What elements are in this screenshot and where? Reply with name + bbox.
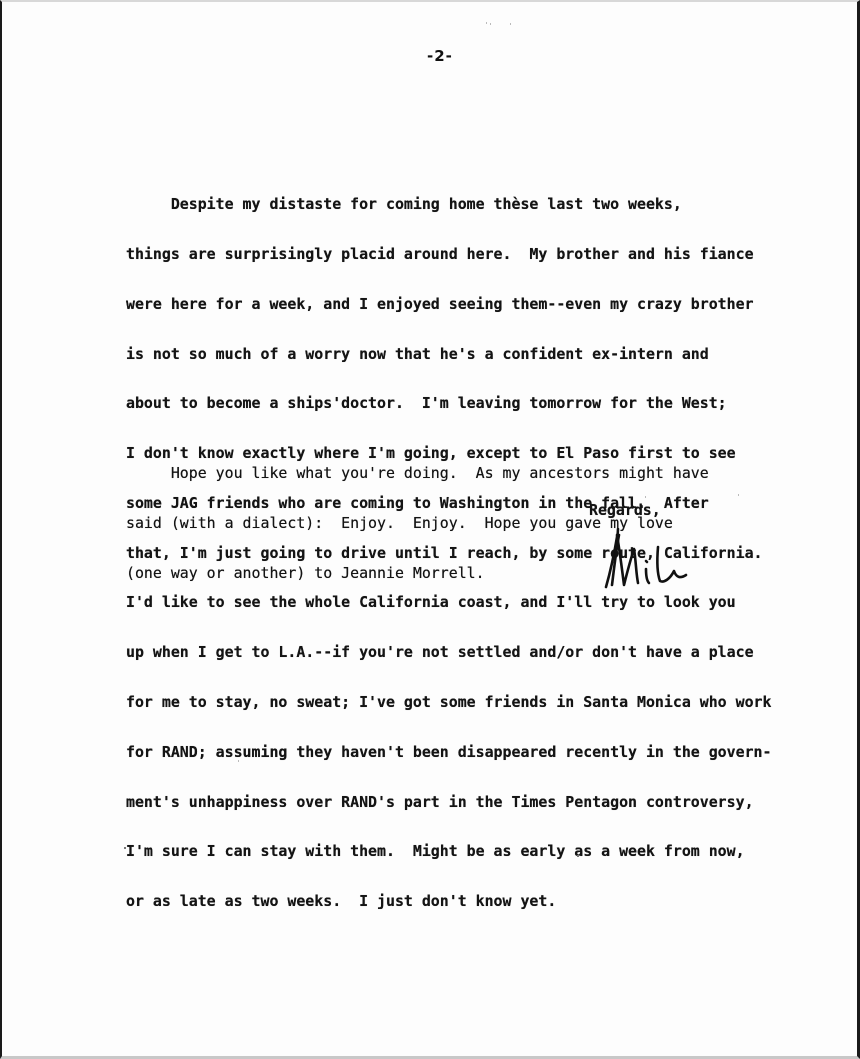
scan-speck: [738, 494, 739, 496]
text-line: or as late as two weeks. I just don't kn…: [126, 893, 771, 910]
scan-speck: [486, 22, 487, 24]
scan-speck: [510, 23, 511, 25]
scan-speck: [490, 23, 491, 25]
page-number: -2-: [427, 47, 453, 65]
text-line: I'm sure I can stay with them. Might be …: [126, 843, 771, 860]
closing: Regards,: [589, 502, 661, 519]
scan-speck: [124, 847, 126, 849]
scan-speck: [238, 760, 239, 762]
text-line: about to become a ships'doctor. I'm leav…: [126, 395, 771, 412]
handwritten-signature: [600, 525, 690, 595]
scan-speck: [577, 855, 579, 857]
text-line: were here for a week, and I enjoyed seei…: [126, 296, 771, 313]
text-line: ment's unhappiness over RAND's part in t…: [126, 794, 771, 811]
letter-page: -2- Despite my distaste for coming home …: [0, 0, 860, 1059]
text-line: for me to stay, no sweat; I've got some …: [126, 694, 771, 711]
text-line: things are surprisingly placid around he…: [126, 246, 771, 263]
text-line: up when I get to L.A.--if you're not set…: [126, 644, 771, 661]
text-line: for RAND; assuming they haven't been dis…: [126, 744, 771, 761]
scan-speck: [645, 496, 646, 498]
text-line: Hope you like what you're doing. As my a…: [126, 465, 709, 482]
text-line: Despite my distaste for coming home thès…: [126, 196, 771, 213]
text-line: is not so much of a worry now that he's …: [126, 346, 771, 363]
